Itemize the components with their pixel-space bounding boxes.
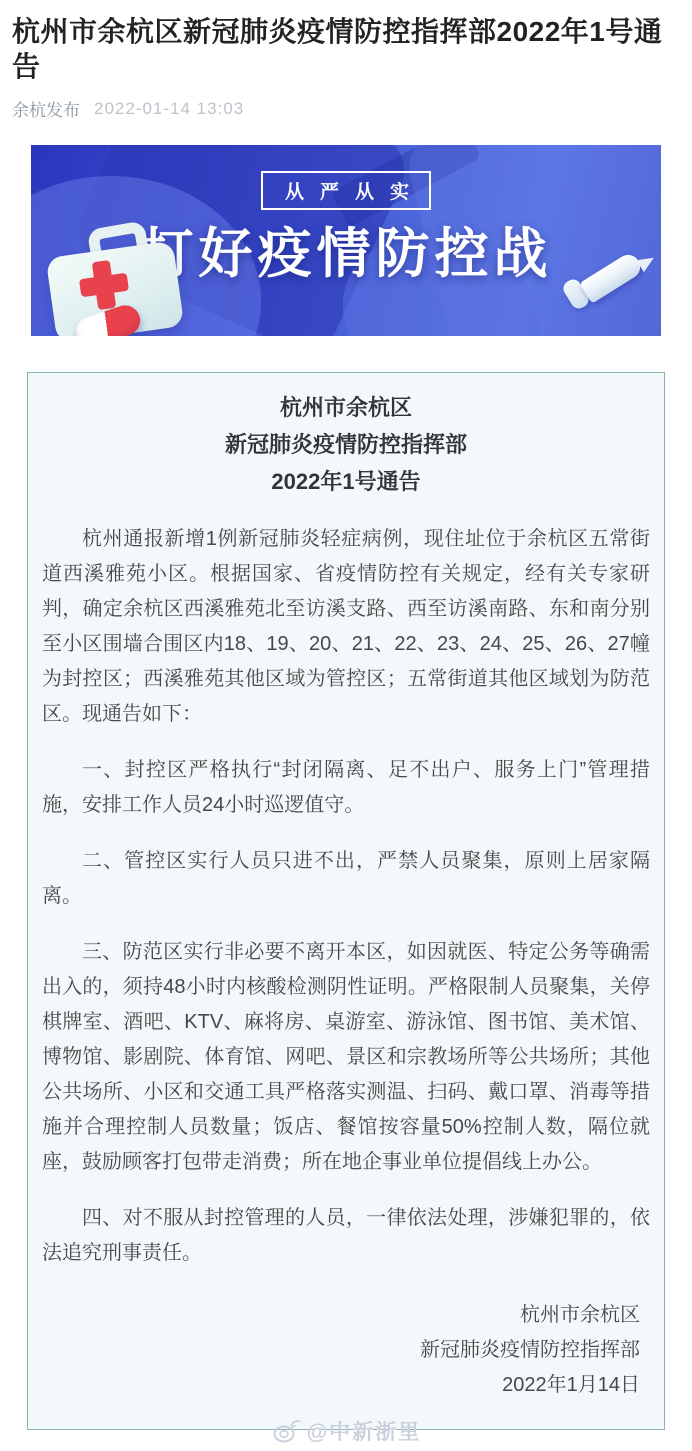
notice-heading: 杭州市余杭区 新冠肺炎疫情防控指挥部 2022年1号通告	[42, 389, 650, 500]
notice-box: 杭州市余杭区 新冠肺炎疫情防控指挥部 2022年1号通告 杭州通报新增1例新冠肺…	[27, 372, 665, 1430]
notice-heading-line: 2022年1号通告	[42, 463, 650, 500]
notice-heading-line: 新冠肺炎疫情防控指挥部	[42, 426, 650, 463]
syringe-body	[579, 250, 644, 303]
notice-paragraph: 杭州通报新增1例新冠肺炎轻症病例，现住址位于余杭区五常街道西溪雅苑小区。根据国家…	[42, 522, 650, 732]
first-aid-kit-icon	[37, 223, 197, 336]
source-account-link[interactable]: 余杭发布	[12, 96, 80, 121]
notice-heading-line: 杭州市余杭区	[42, 389, 650, 426]
banner-image: 从严从实 打好疫情防控战	[31, 145, 661, 336]
notice-paragraph: 二、管控区实行人员只进不出，严禁人员聚集，原则上居家隔离。	[42, 844, 650, 914]
signature-line: 2022年1月14日	[42, 1368, 640, 1403]
notice-paragraph: 四、对不服从封控管理的人员，一律依法处理，涉嫌犯罪的，依法追究刑事责任。	[42, 1201, 650, 1271]
notice-paragraph: 一、封控区严格执行“封闭隔离、足不出户、服务上门”管理措施，安排工作人员24小时…	[42, 753, 650, 823]
banner-tagline: 从严从实	[261, 171, 431, 210]
publish-timestamp: 2022-01-14 13:03	[94, 99, 244, 119]
notice-paragraph: 三、防范区实行非必要不离开本区，如因就医、特定公务等确需出入的，须持48小时内核…	[42, 935, 650, 1180]
byline: 余杭发布 2022-01-14 13:03	[12, 96, 680, 121]
page-title: 杭州市余杭区新冠肺炎疫情防控指挥部2022年1号通告	[12, 14, 680, 84]
syringe-icon	[559, 237, 659, 332]
signature-line: 杭州市余杭区	[42, 1298, 640, 1333]
article-header: 杭州市余杭区新冠肺炎疫情防控指挥部2022年1号通告 余杭发布 2022-01-…	[0, 0, 692, 121]
notice-body: 杭州通报新增1例新冠肺炎轻症病例，现住址位于余杭区五常街道西溪雅苑小区。根据国家…	[42, 522, 650, 1271]
signature-line: 新冠肺炎疫情防控指挥部	[42, 1333, 640, 1368]
notice-signature: 杭州市余杭区 新冠肺炎疫情防控指挥部 2022年1月14日	[42, 1292, 650, 1429]
